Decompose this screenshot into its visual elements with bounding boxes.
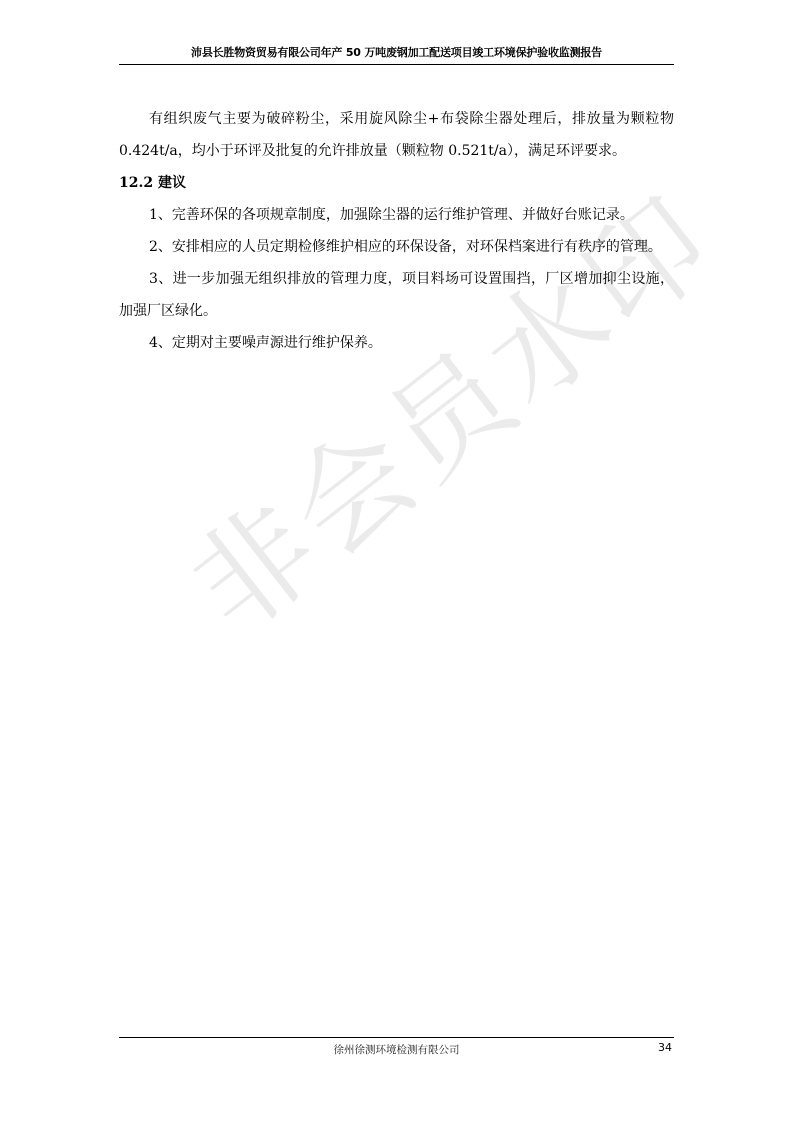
recommendation-item-1: 1、完善环保的各项规章制度，加强除尘器的运行维护管理、并做好台账记录。 [119, 199, 674, 231]
footer-company-name: 徐州徐测环境检测有限公司 [119, 1042, 674, 1057]
section-heading: 12.2 建议 [119, 167, 674, 199]
page-number: 34 [658, 1041, 672, 1054]
page-footer: 徐州徐测环境检测有限公司 34 [119, 1037, 674, 1060]
report-title: 沛县长胜物资贸易有限公司年产 50 万吨废钢加工配送项目竣工环境保护验收监测报告 [119, 44, 674, 62]
recommendation-item-3: 3、进一步加强无组织排放的管理力度，项目料场可设置围挡，厂区增加抑尘设施，加强厂… [119, 263, 674, 327]
recommendation-item-4: 4、定期对主要噪声源进行维护保养。 [119, 327, 674, 359]
recommendation-item-2: 2、安排相应的人员定期检修维护相应的环保设备，对环保档案进行有秩序的管理。 [119, 231, 674, 263]
page-header: 沛县长胜物资贸易有限公司年产 50 万吨废钢加工配送项目竣工环境保护验收监测报告 [119, 44, 674, 65]
intro-paragraph: 有组织废气主要为破碎粉尘，采用旋风除尘+布袋除尘器处理后，排放量为颗粒物 0.4… [119, 103, 674, 167]
page-content: 有组织废气主要为破碎粉尘，采用旋风除尘+布袋除尘器处理后，排放量为颗粒物 0.4… [119, 103, 674, 359]
